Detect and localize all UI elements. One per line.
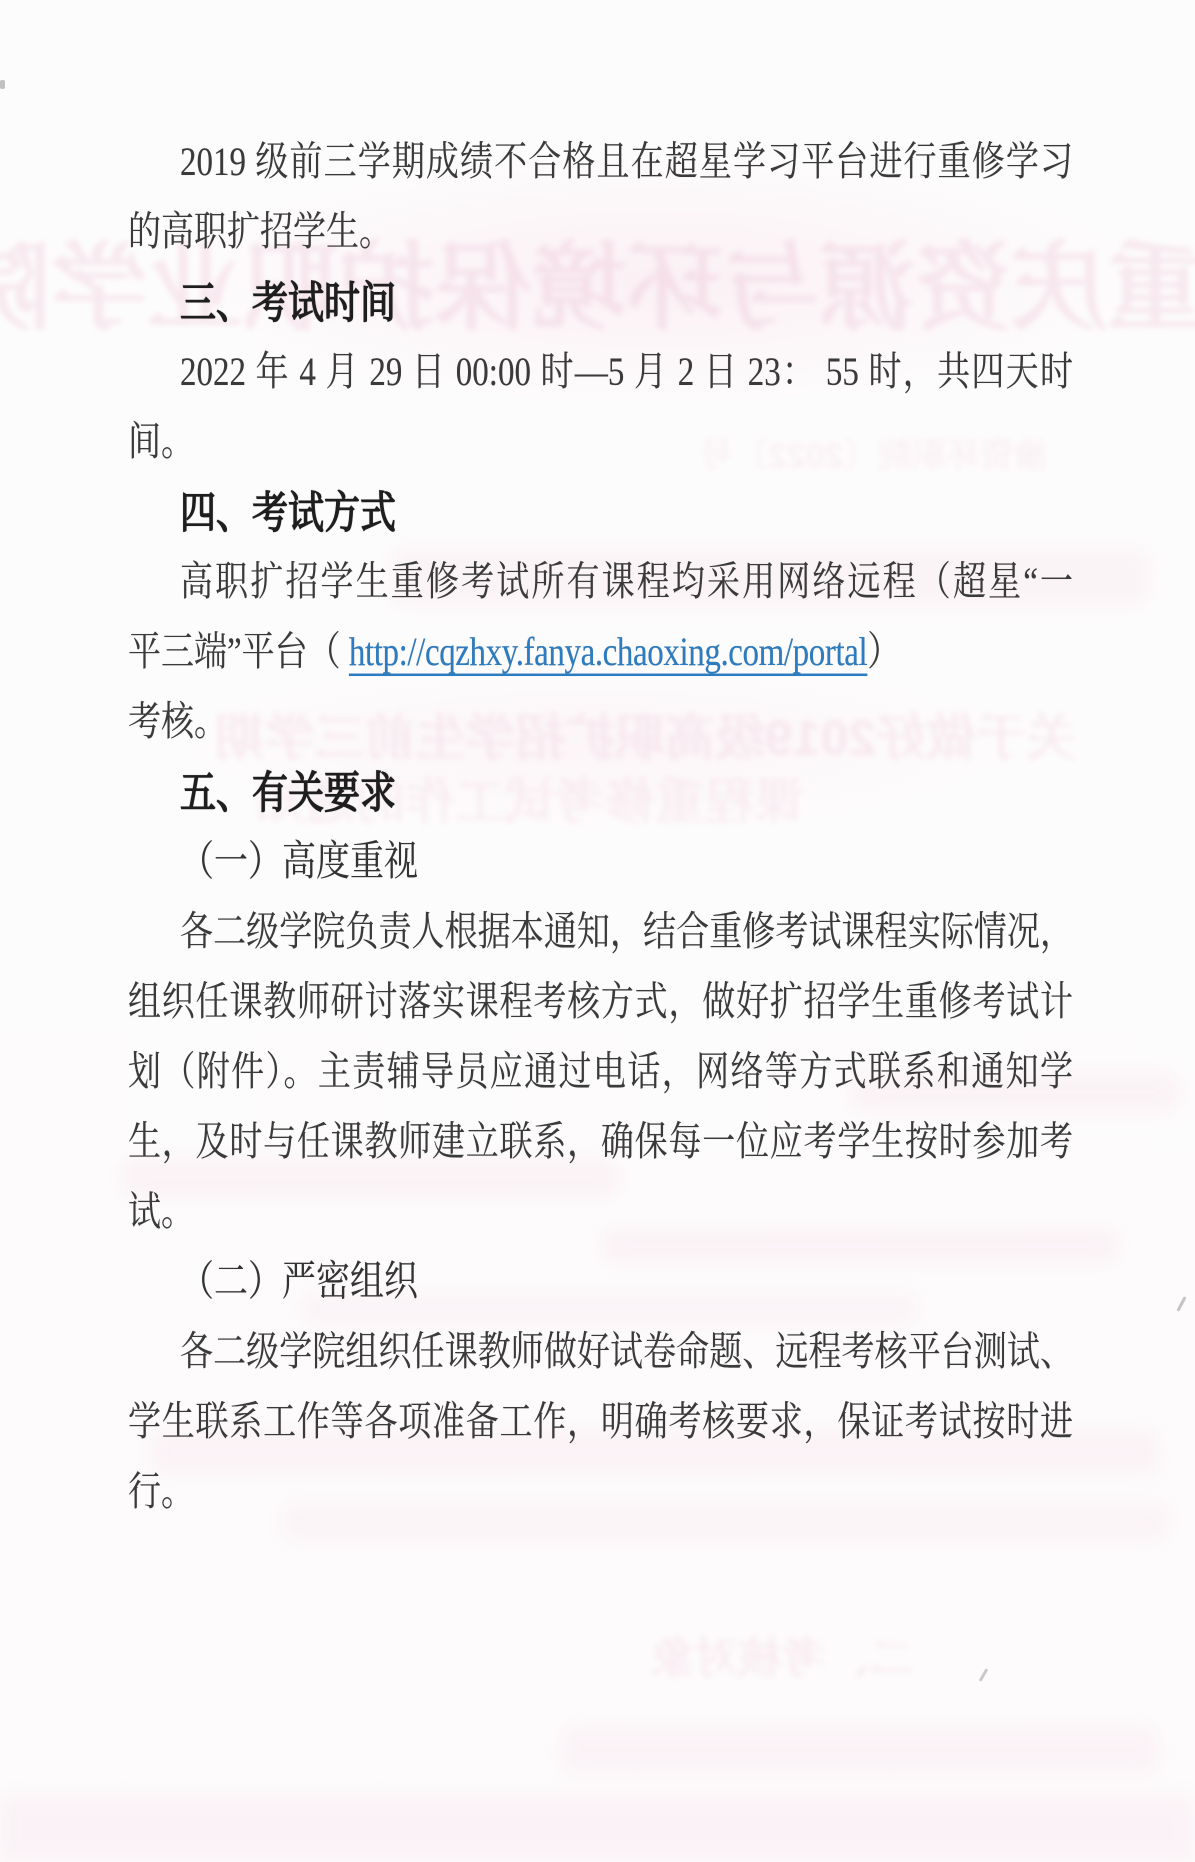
portal-url-link[interactable]: http://cqzhxy.fanya.chaoxing.com/portal [349, 631, 867, 675]
scan-speck [0, 80, 5, 89]
document-body: 2019 级前三学期成绩不合格且在超星学习平台进行重修学习的高职扩招学生。三、考… [128, 136, 1073, 1536]
bleed-through-smudge [0, 1796, 1195, 1862]
text-run: ） [867, 631, 900, 675]
document-page: 重庆资源与环境保护职业学院渝资环职院〔2022〕号关于做好2019级高职扩招学生… [0, 0, 1195, 1862]
body-line: 行。 [128, 1466, 1073, 1551]
text-run: 平三端”平台（ [128, 631, 349, 675]
scan-speck [1176, 1296, 1186, 1312]
bleed-through-text: 二、考核对象 [650, 1622, 914, 1686]
scan-speck [979, 1668, 989, 1682]
bleed-through-smudge [560, 1726, 1160, 1774]
